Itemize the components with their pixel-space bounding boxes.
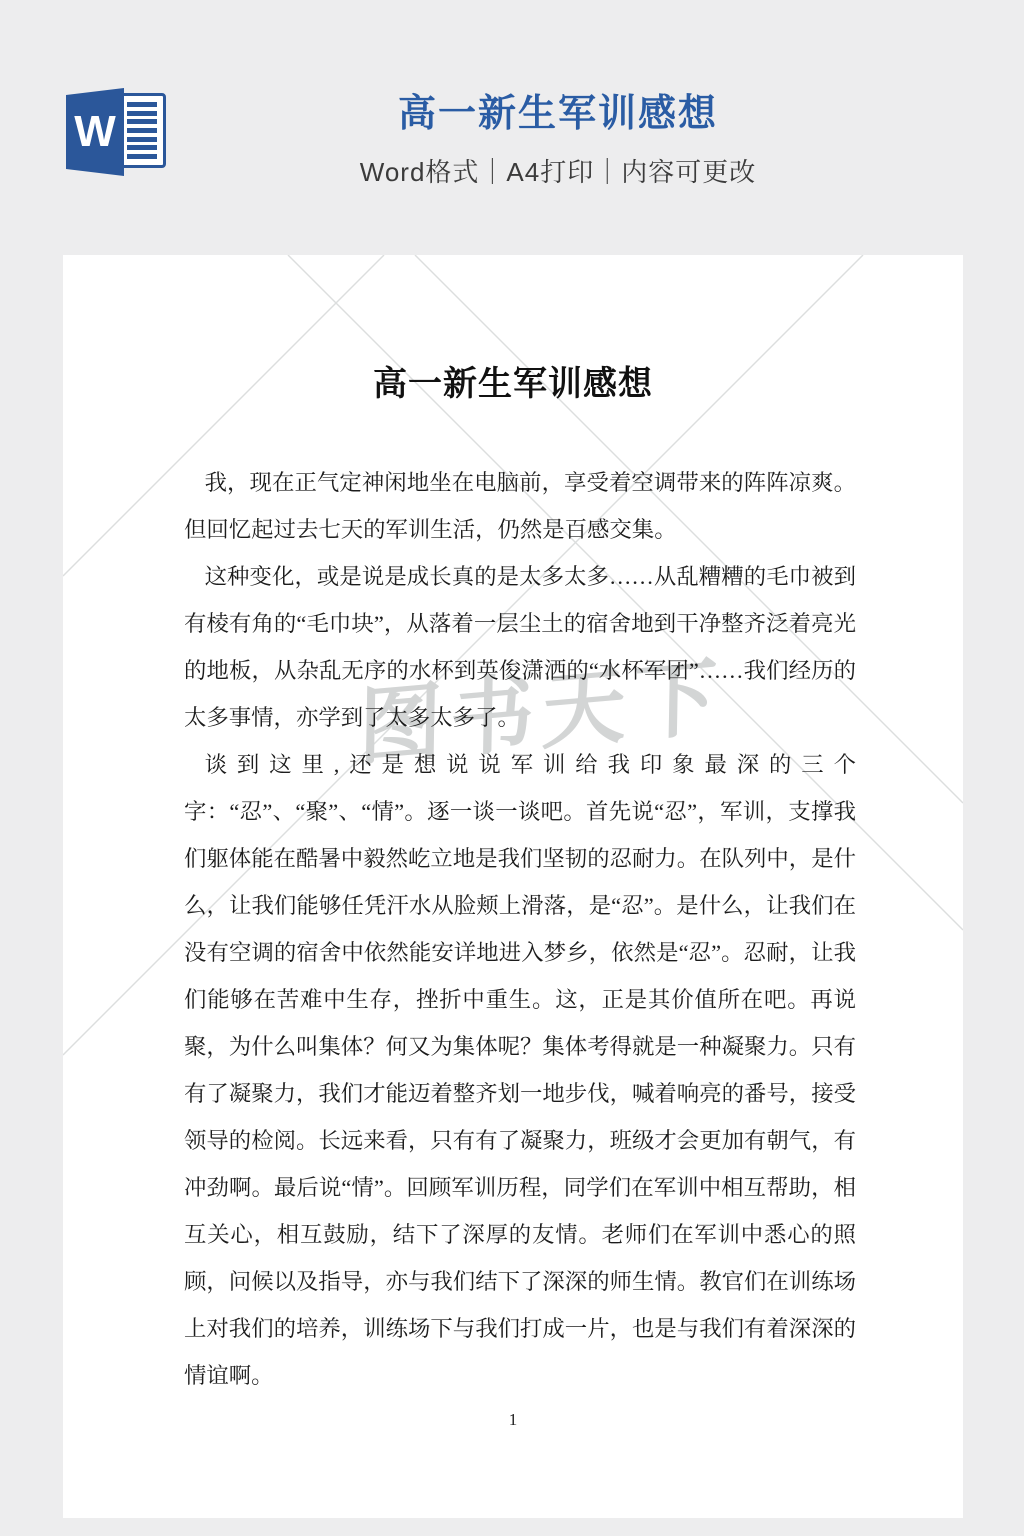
template-header: W 高一新生军训感想 Word格式｜A4打印｜内容可更改 [0, 0, 1024, 255]
header-title: 高一新生军训感想 [92, 94, 1024, 136]
header-text-block: 高一新生军训感想 Word格式｜A4打印｜内容可更改 [92, 94, 1024, 189]
document-title: 高一新生军训感想 [63, 255, 963, 403]
paragraph: 这种变化，或是说是成长真的是太多太多……从乱糟糟的毛巾被到有棱有角的“毛巾块”，… [184, 553, 856, 741]
document-body: 我，现在正气定神闲地坐在电脑前，享受着空调带来的阵阵凉爽。但回忆起过去七天的军训… [63, 459, 963, 1404]
document-page: 图书天下 高一新生军训感想 我，现在正气定神闲地坐在电脑前，享受着空调带来的阵阵… [63, 255, 963, 1518]
header-subtitle: Word格式｜A4打印｜内容可更改 [92, 152, 1024, 189]
paragraph: 我也希望在未来的班级建设中，我们一同“忍”受挫折与磨难，凝 [184, 1399, 856, 1404]
paragraph: 我，现在正气定神闲地坐在电脑前，享受着空调带来的阵阵凉爽。但回忆起过去七天的军训… [184, 459, 856, 553]
page-number: 1 [63, 1410, 963, 1430]
paragraph: 谈到这里,还是想说说军训给我印象最深的三个字：“忍”、“聚”、“情”。逐一谈一谈… [184, 741, 856, 1399]
